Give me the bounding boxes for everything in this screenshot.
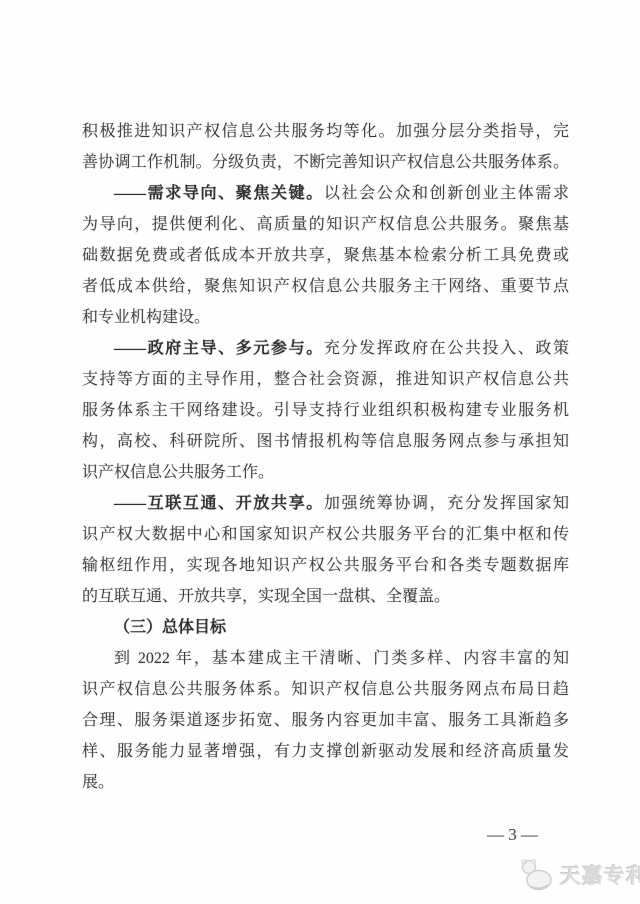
text-line: ——互联互通、开放共享。加强统筹协调，充分发挥国家知	[82, 488, 569, 519]
line-text: 识产权信息公共服务工作。	[82, 464, 274, 481]
line-text: 加强统筹协调，充分发挥国家知	[324, 495, 569, 512]
text-line: 识产权信息公共服务体系。知识产权信息公共服务网点布局日趋	[82, 674, 569, 705]
page-number: — 3 —	[487, 824, 538, 846]
text-line: 识产权信息公共服务工作。	[82, 457, 569, 488]
line-text: 识产权信息公共服务体系。知识产权信息公共服务网点布局日趋	[82, 681, 569, 698]
line-text: 者低成本供给，聚焦知识产权信息公共服务主干网络、重要节点	[82, 278, 569, 295]
line-text: 的互联互通、开放共享，实现全国一盘棋、全覆盖。	[82, 588, 450, 605]
text-line: 积极推进知识产权信息公共服务均等化。加强分层分类指导，完	[82, 116, 569, 147]
text-line: 和专业机构建设。	[82, 302, 569, 333]
line-text: 础数据免费或者低成本开放共享，聚焦基本检索分析工具免费或	[82, 247, 569, 264]
text-line: 样、服务能力显著增强，有力支撑创新驱动发展和经济高质量发	[82, 736, 569, 767]
lead-in-phrase: ——互联互通、开放共享。	[114, 495, 324, 512]
line-text: 支持等方面的主导作用，整合社会资源，推进知识产权信息公共	[82, 371, 569, 388]
lead-in-phrase: （三）总体目标	[114, 619, 226, 636]
scanned-document-page: 积极推进知识产权信息公共服务均等化。加强分层分类指导，完善协调工作机制。分级负责…	[0, 0, 640, 904]
text-line: 输枢纽作用，实现各地知识产权公共服务平台和各类专题数据库	[82, 550, 569, 581]
text-line: ——政府主导、多元参与。充分发挥政府在公共投入、政策	[82, 333, 569, 364]
watermark-label: 天嘉专利	[560, 860, 640, 890]
lead-in-phrase: ——政府主导、多元参与。	[114, 340, 324, 357]
line-text: 合理、服务渠道逐步拓宽、服务内容更加丰富、服务工具渐趋多	[82, 712, 569, 729]
watermark: 天嘉专利	[518, 856, 640, 894]
text-line: 的互联互通、开放共享，实现全国一盘棋、全覆盖。	[82, 581, 569, 612]
line-text: 以社会公众和创新创业主体需求	[324, 185, 569, 202]
line-text: 输枢纽作用，实现各地知识产权公共服务平台和各类专题数据库	[82, 557, 569, 574]
lead-in-phrase: ——需求导向、聚焦关键。	[114, 185, 324, 202]
line-text: 充分发挥政府在公共投入、政策	[324, 340, 569, 357]
line-text: 积极推进知识产权信息公共服务均等化。加强分层分类指导，完	[82, 123, 569, 140]
text-line: 到 2022 年，基本建成主干清晰、门类多样、内容丰富的知	[82, 643, 569, 674]
text-line: 服务体系主干网络建设。引导支持行业组织积极构建专业服务机	[82, 395, 569, 426]
document-text-block: 积极推进知识产权信息公共服务均等化。加强分层分类指导，完善协调工作机制。分级负责…	[82, 116, 569, 798]
line-text: 善协调工作机制。分级负责，不断完善知识产权信息公共服务体系。	[82, 154, 569, 171]
text-line: 础数据免费或者低成本开放共享，聚焦基本检索分析工具免费或	[82, 240, 569, 271]
line-text: 样、服务能力显著增强，有力支撑创新驱动发展和经济高质量发	[82, 743, 569, 760]
line-text: 构，高校、科研院所、图书情报机构等信息服务网点参与承担知	[82, 433, 569, 450]
text-line: （三）总体目标	[82, 612, 569, 643]
line-text: 识产权大数据中心和国家知识产权公共服务平台的汇集中枢和传	[82, 526, 569, 543]
tianjia-logo-icon	[518, 856, 556, 894]
text-line: 识产权大数据中心和国家知识产权公共服务平台的汇集中枢和传	[82, 519, 569, 550]
text-line: ——需求导向、聚焦关键。以社会公众和创新创业主体需求	[82, 178, 569, 209]
text-line: 支持等方面的主导作用，整合社会资源，推进知识产权信息公共	[82, 364, 569, 395]
line-text: 到 2022 年，基本建成主干清晰、门类多样、内容丰富的知	[114, 650, 569, 667]
line-text: 展。	[82, 774, 114, 791]
text-line: 者低成本供给，聚焦知识产权信息公共服务主干网络、重要节点	[82, 271, 569, 302]
text-line: 善协调工作机制。分级负责，不断完善知识产权信息公共服务体系。	[82, 147, 569, 178]
line-text: 服务体系主干网络建设。引导支持行业组织积极构建专业服务机	[82, 402, 569, 419]
text-line: 合理、服务渠道逐步拓宽、服务内容更加丰富、服务工具渐趋多	[82, 705, 569, 736]
text-line: 为导向，提供便利化、高质量的知识产权信息公共服务。聚焦基	[82, 209, 569, 240]
line-text: 和专业机构建设。	[82, 309, 210, 326]
text-line: 构，高校、科研院所、图书情报机构等信息服务网点参与承担知	[82, 426, 569, 457]
text-line: 展。	[82, 767, 569, 798]
line-text: 为导向，提供便利化、高质量的知识产权信息公共服务。聚焦基	[82, 216, 569, 233]
